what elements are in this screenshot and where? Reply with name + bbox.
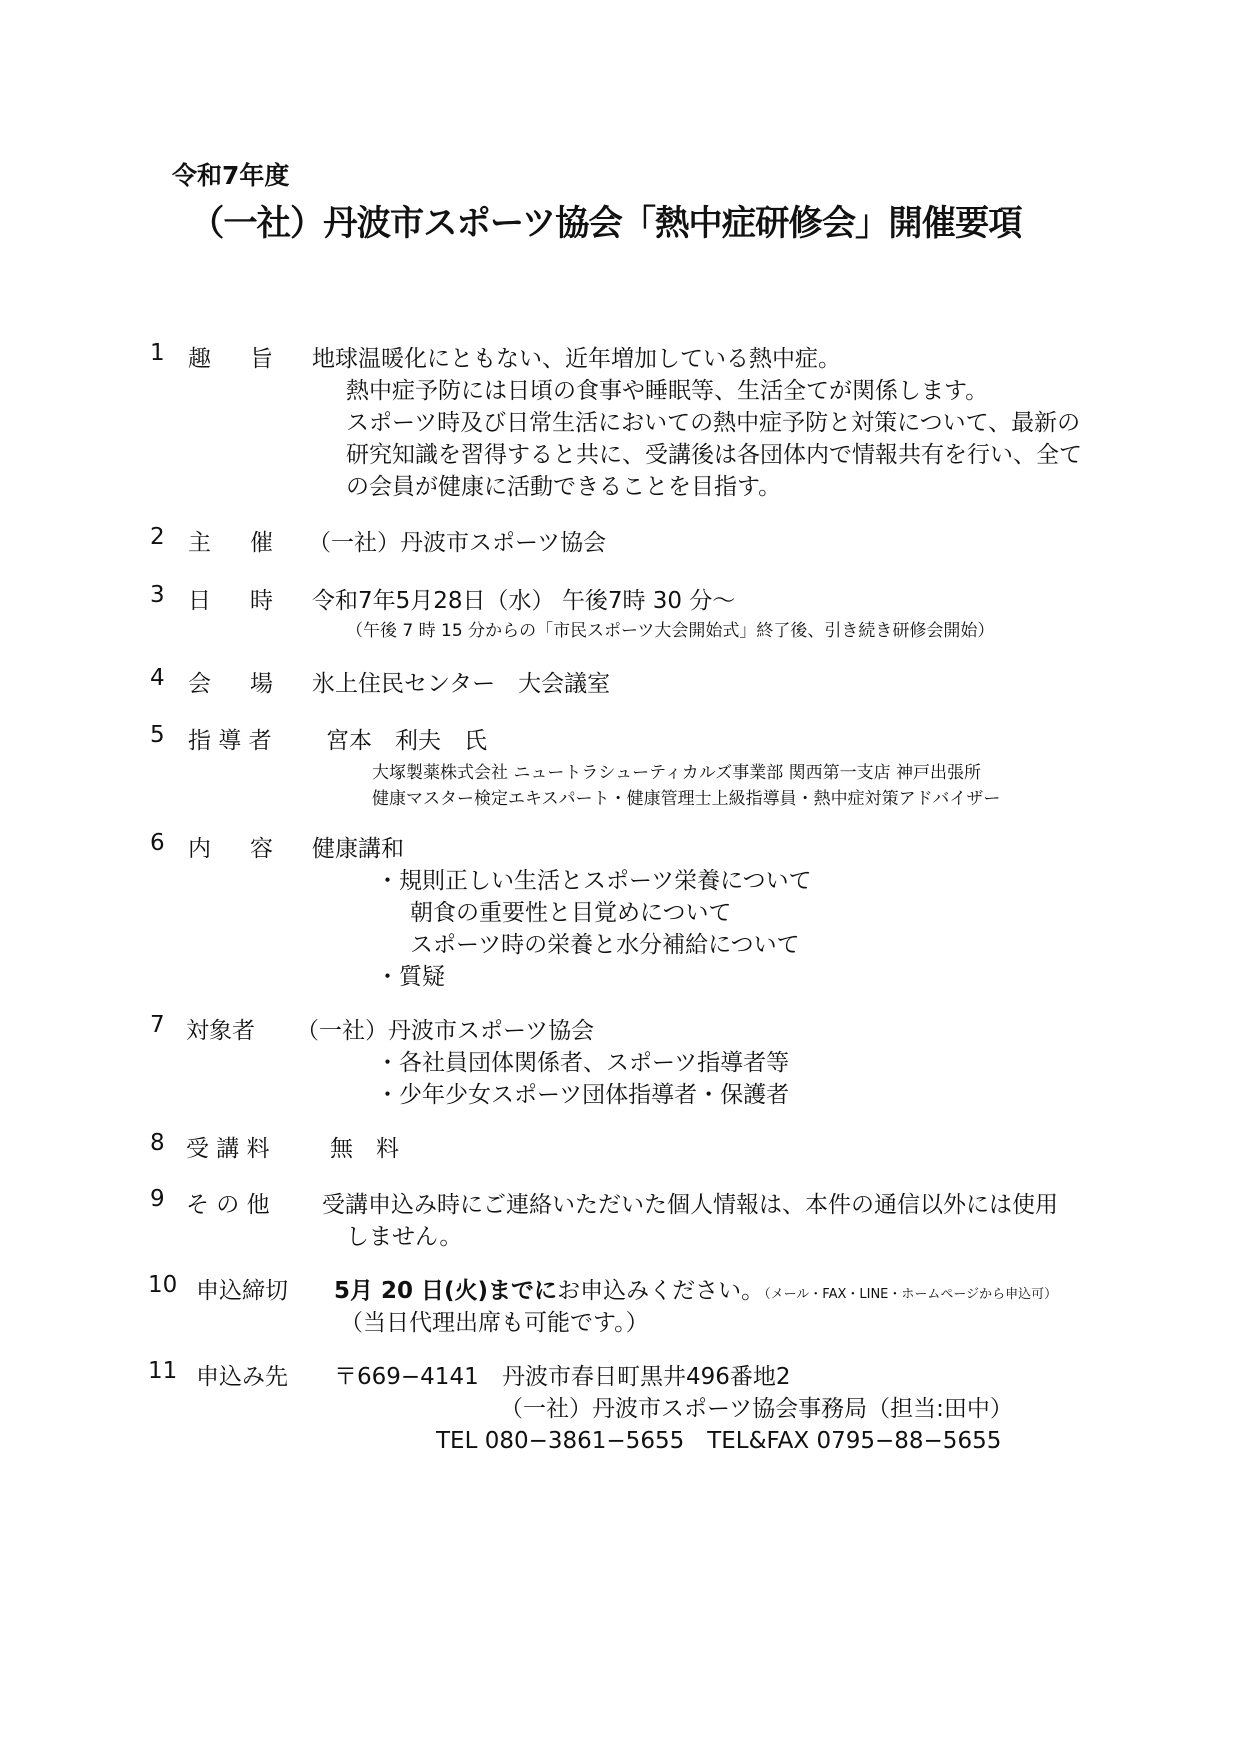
section-number: 3	[150, 582, 165, 608]
instructor-affiliation: 大塚製薬株式会社 ニュートラシューティカルズ事業部 関西第一支店 神戸出張所	[372, 758, 981, 783]
section-label: 申込み先	[196, 1358, 288, 1391]
content-item: ・質疑	[376, 958, 445, 991]
section-label: 内	[188, 830, 211, 863]
section-number: 6	[150, 830, 165, 856]
contact-address: 丹波市春日町黒井496番地2	[502, 1358, 791, 1391]
content-subitem: スポーツ時の栄養と水分補給について	[410, 926, 800, 959]
section-label: 受 講 料	[186, 1130, 270, 1163]
deadline-methods: （メール・FAX・LINE・ホームページから申込可）	[764, 1287, 1057, 1302]
section-number: 5	[150, 722, 165, 748]
instructor-titles: 健康マスター検定エキスパート・健康管理士上級指導員・熱中症対策アドバイザー	[372, 784, 1000, 809]
purpose-line: の会員が健康に活動できることを目指す。	[346, 468, 781, 501]
deadline-note: （当日代理出席も可能です。）	[340, 1304, 649, 1337]
section-label: 趣	[188, 340, 211, 373]
purpose-line: 熱中症予防には日頃の食事や睡眠等、生活全てが関係します。	[346, 372, 988, 405]
section-label: 日	[188, 582, 211, 615]
other-line: しません。	[346, 1218, 462, 1251]
deadline-date: 5月 20 日(火)までに	[334, 1278, 557, 1304]
section-number: 1	[150, 340, 165, 366]
section-label: 旨	[250, 340, 273, 373]
organizer-value: （一社）丹波市スポーツ協会	[308, 524, 606, 557]
purpose-line: 地球温暖化にともない、近年増加している熱中症。	[312, 340, 841, 373]
section-label: 会	[188, 665, 211, 698]
section-number: 2	[150, 524, 165, 550]
content-item: ・規則正しい生活とスポーツ栄養について	[376, 862, 812, 895]
purpose-line: 研究知識を習得すると共に、受講後は各団体内で情報共有を行い、全て	[346, 436, 1082, 469]
section-number: 7	[150, 1012, 165, 1038]
section-number: 8	[150, 1130, 165, 1156]
contact-office: （一社）丹波市スポーツ協会事務局（担当:田中）	[500, 1390, 1013, 1423]
audience-item: ・各社員団体関係者、スポーツ指導者等	[376, 1044, 789, 1077]
section-label: 催	[250, 524, 273, 557]
fee-value: 無 料	[330, 1130, 399, 1163]
section-number: 4	[150, 665, 165, 691]
document-title: （一社）丹波市スポーツ協会「熱中症研修会」開催要項	[190, 196, 1022, 246]
section-label: そ の 他	[186, 1186, 270, 1219]
section-number: 10	[148, 1272, 177, 1298]
section-number: 9	[150, 1186, 165, 1212]
instructor-name: 宮本 利夫 氏	[326, 722, 487, 755]
contact-phones: TEL 080−3861−5655 TEL&FAX 0795−88−5655	[436, 1422, 1001, 1455]
section-label: 指 導 者	[188, 722, 272, 755]
section-label: 対象者	[186, 1012, 255, 1045]
venue-value: 氷上住民センター 大会議室	[312, 665, 610, 698]
datetime-value: 令和7年5月28日（水） 午後7時 30 分～	[312, 582, 735, 615]
section-label: 場	[250, 665, 273, 698]
section-label: 時	[250, 582, 273, 615]
content-subitem: 朝食の重要性と目覚めについて	[410, 894, 732, 927]
section-number: 11	[148, 1358, 177, 1384]
deadline-text: お申込みください。	[557, 1278, 764, 1304]
contact-postal: 〒669−4141	[334, 1358, 479, 1391]
section-label: 主	[188, 524, 211, 557]
audience-value: （一社）丹波市スポーツ協会	[296, 1012, 594, 1045]
section-label: 容	[250, 830, 273, 863]
section-label: 申込締切	[196, 1272, 288, 1305]
purpose-line: スポーツ時及び日常生活においての熱中症予防と対策について、最新の	[346, 404, 1080, 437]
document-year: 令和7年度	[172, 156, 289, 192]
datetime-note: （午後 7 時 15 分からの「市民スポーツ大会開始式」終了後、引き続き研修会開…	[346, 616, 994, 641]
audience-item: ・少年少女スポーツ団体指導者・保護者	[376, 1076, 789, 1109]
other-line: 受講申込み時にご連絡いただいた個人情報は、本件の通信以外には使用	[322, 1186, 1058, 1219]
content-value: 健康講和	[312, 830, 404, 863]
